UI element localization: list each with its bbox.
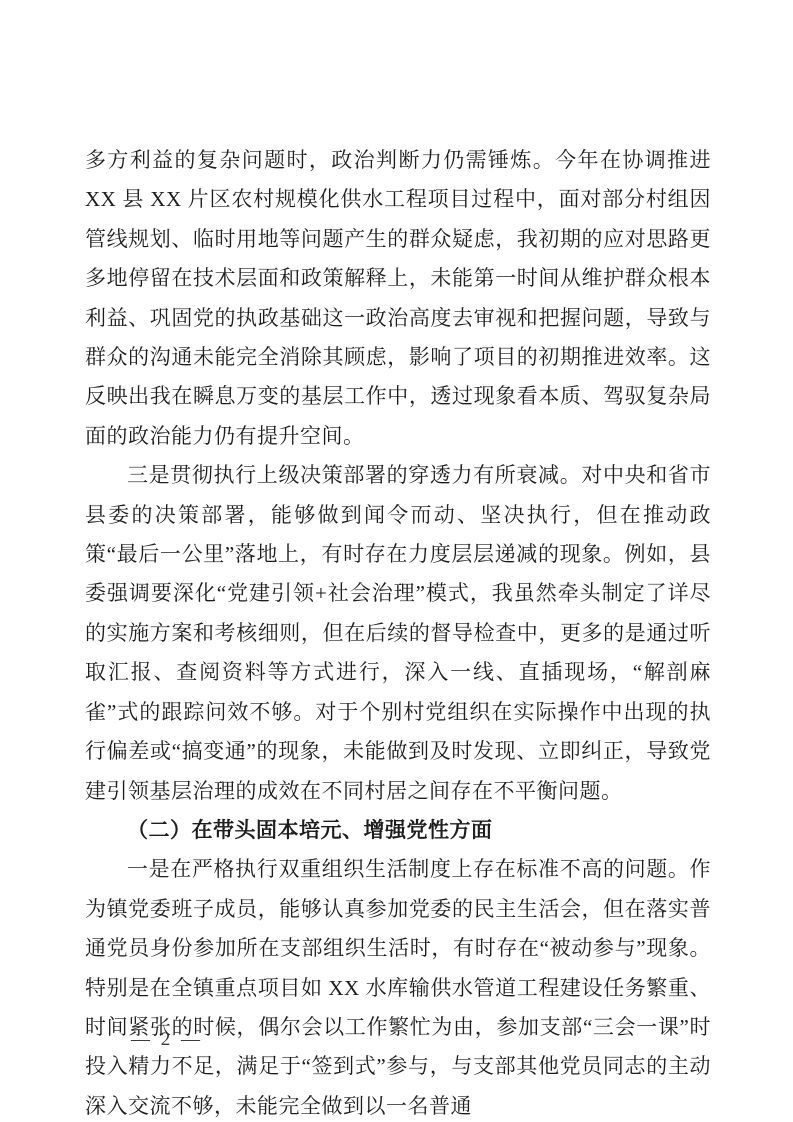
paragraph-third-point: 三是贯彻执行上级决策部署的穿透力有所衰减。对中央和省市县委的决策部署，能够做到闻… — [85, 456, 711, 811]
document-body: 多方利益的复杂问题时，政治判断力仍需锤炼。今年在协调推进 XX 县 XX 片区农… — [85, 141, 711, 1122]
paragraph-continuation: 多方利益的复杂问题时，政治判断力仍需锤炼。今年在协调推进 XX 县 XX 片区农… — [85, 141, 711, 456]
section-heading-two: （二）在带头固本培元、增强党性方面 — [85, 811, 711, 850]
paragraph-first-point: 一是在严格执行双重组织生活制度上存在标准不高的问题。作为镇党委班子成员，能够认真… — [85, 850, 711, 1122]
page-number: — 2 — — [131, 1029, 203, 1051]
document-page: 多方利益的复杂问题时，政治判断力仍需锤炼。今年在协调推进 XX 县 XX 片区农… — [0, 0, 793, 1122]
